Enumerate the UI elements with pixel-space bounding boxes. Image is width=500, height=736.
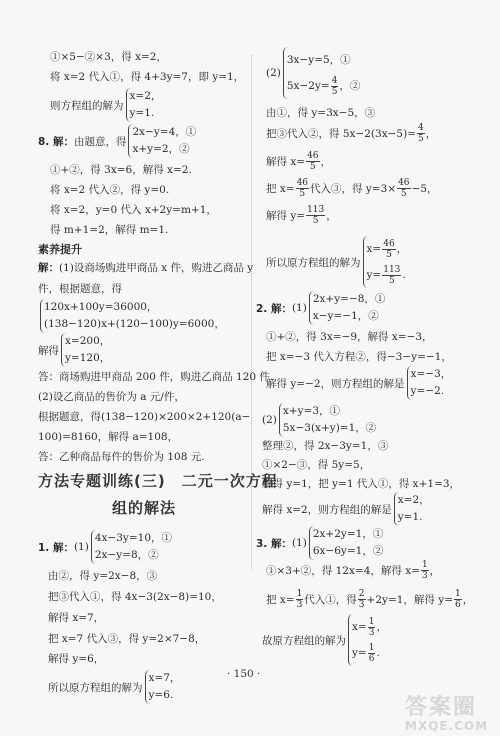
equation: x=465， <box>367 236 408 262</box>
brace: 3x−y=5，① 5x−2y=45，② <box>283 47 361 99</box>
numerator: 113 <box>306 205 325 216</box>
text: 所以原方程组的解为 <box>266 255 361 270</box>
equation: x−y=−1，② <box>313 308 386 325</box>
solution-system: 则方程组的解为 x=2， y=1. <box>50 88 161 122</box>
text-line: ①×2−③，得 5y=5， <box>262 459 370 472</box>
question-1: 1. 解： (1) 4x−3y=10，① 2x−y=8，② <box>38 530 172 564</box>
fraction: 465 <box>306 151 319 172</box>
fraction: 465 <box>397 178 410 199</box>
answer-label: 解： <box>38 262 59 274</box>
text-line: 由②，得 y=2x−8，③ <box>48 570 157 583</box>
watermark-text: 答案圈 <box>405 690 488 721</box>
brace: x=2， y=1. <box>394 492 430 526</box>
text: 代入③，得 y=3× <box>310 181 396 196</box>
text-line: ①+②，得 3x=6，解得 x=2. <box>50 164 192 177</box>
text-line: 将 x=2 代入②，得 y=0. <box>50 184 169 197</box>
text-line: 解：(1)设商场购进甲商品 x 件，购进乙商品 y <box>38 262 253 275</box>
text: ， <box>326 208 337 223</box>
fraction: 13 <box>296 589 304 610</box>
equation: 5x−2y=45，② <box>287 73 361 99</box>
text-line: 把 x=7 代入③，得 y=2×7−8， <box>48 633 205 646</box>
watermark-logo: 答案圈 MXQE.COM <box>405 690 488 733</box>
brace: 4x−3y=10，① 2x−y=8，② <box>91 530 172 564</box>
denominator: 3 <box>359 600 365 610</box>
denominator: 6 <box>455 600 461 610</box>
equation: 2x+y=−8，① <box>313 291 386 308</box>
text-line: 整理②，得 2x−3y=1，③ <box>262 440 388 453</box>
text: 解得 x=2，则方程组的解是 <box>262 502 392 517</box>
numerator: 46 <box>397 178 410 189</box>
text-line: 把 x=465代入③，得 y=3×465−5， <box>266 178 438 199</box>
fraction: 465 <box>296 178 309 199</box>
fraction: 465 <box>382 239 395 260</box>
text: 把 x= <box>266 181 295 196</box>
text: 解得 <box>38 343 59 358</box>
equation-system: 120x+100y=36000， (138−120)x+(120−100)y=6… <box>38 299 225 333</box>
denominator: 5 <box>386 250 392 260</box>
denominator: 5 <box>299 189 305 199</box>
question-label: 8. 解： <box>38 134 74 149</box>
text: 把 x= <box>266 592 295 607</box>
text: ， <box>397 243 408 255</box>
text: x= <box>367 243 382 255</box>
denominator: 3 <box>369 628 375 638</box>
page-number: · 150 · <box>227 668 260 680</box>
question-label: 1. 解： <box>38 540 74 555</box>
fraction: 1135 <box>382 265 401 286</box>
question-3: 3. 解： (1) 2x+2y=1，① 6x−6y=1，② <box>256 526 383 560</box>
brace: x=13， y=16. <box>348 614 387 666</box>
equation: y=−2. <box>411 383 452 400</box>
numerator: 1 <box>421 560 429 571</box>
question-8: 8. 解： 由题意，得 2x−y=4，① x+y=2，② <box>38 124 196 158</box>
brace: 2x+y=−8，① x−y=−1，② <box>309 291 386 325</box>
subsection-heading: 素养提升 <box>38 243 82 256</box>
equation: y=6. <box>149 687 181 704</box>
text: ， <box>463 592 474 607</box>
watermark-url: MXQE.COM <box>405 719 488 733</box>
solution-system: 所以原方程组的解为 x=7， y=6. <box>48 670 180 704</box>
text: ①×3+②，得 12x=4，解得 x= <box>266 563 420 578</box>
equation: x=−3， <box>411 366 452 383</box>
numerator: 2 <box>358 589 366 600</box>
brace: x+y=3，① 5x−3(x+y)=1，② <box>279 403 376 437</box>
numerator: 1 <box>296 589 304 600</box>
fraction: 45 <box>417 123 425 144</box>
denominator: 6 <box>369 654 375 664</box>
equation: 2x−y=4，① <box>132 124 196 141</box>
equation: x+y=2，② <box>132 141 196 158</box>
question-2: 2. 解： (1) 2x+y=−8，① x−y=−1，② <box>256 291 385 325</box>
text-line: 解得 y=1135， <box>266 205 337 226</box>
equation: y=1. <box>130 105 162 122</box>
text: ， <box>321 154 332 169</box>
equation: (138−120)x+(120−100)y=6000， <box>44 316 225 333</box>
text: ， <box>430 563 441 578</box>
denominator: 5 <box>310 162 316 172</box>
text-line: ①×5−②×3，得 x=2， <box>50 51 167 64</box>
equation: x=7， <box>149 670 181 687</box>
fraction: 16 <box>454 589 462 610</box>
text-line: 答：乙种商品每件的售价为 108 元. <box>38 451 205 464</box>
fraction: 45 <box>331 76 339 97</box>
equation: y=16. <box>352 640 387 666</box>
text: −5， <box>412 181 438 196</box>
brace: 2x−y=4，① x+y=2，② <box>128 124 196 158</box>
part-label: (2) <box>262 414 277 426</box>
solution-system: 所以原方程组的解为 x=465， y=1135. <box>266 236 407 288</box>
text-line: 将 x=2，y=0 代入 x+2y=m+1， <box>50 204 217 217</box>
part-2-system: (2) 3x−y=5，① 5x−2y=45，② <box>266 47 360 99</box>
text: . <box>402 269 405 281</box>
denominator: 3 <box>297 600 303 610</box>
text: 故原方程组的解为 <box>262 633 346 648</box>
equation: 2x+2y=1，① <box>313 526 384 543</box>
column-divider <box>251 55 252 570</box>
equation: x=2， <box>398 492 430 509</box>
numerator: 46 <box>382 239 395 250</box>
brace: x=2， y=1. <box>126 88 162 122</box>
denominator: 3 <box>422 571 428 581</box>
part-label: (1) <box>292 537 307 549</box>
denominator: 5 <box>418 134 424 144</box>
text-line: 100)=8160，解得 a=108， <box>38 431 178 444</box>
text-line: ①+②，得 3x=−9，解得 x=−3， <box>266 331 433 344</box>
numerator: 1 <box>454 589 462 600</box>
solution-system: 解得 y=−2，则方程组的解是 x=−3， y=−2. <box>266 366 451 400</box>
text-line: 根据题意，得(138−120)×200×2+120(a− <box>38 411 250 424</box>
text: y= <box>367 269 382 281</box>
section-title: 组的解法 <box>112 497 176 518</box>
numerator: 4 <box>417 123 425 134</box>
text-line: 解得 x=7， <box>48 612 104 625</box>
fraction: 1135 <box>306 205 325 226</box>
text: ，② <box>339 80 360 92</box>
text: 解得 y=−2，则方程组的解是 <box>266 376 405 391</box>
brace: x=−3， y=−2. <box>407 366 452 400</box>
fraction: 13 <box>421 560 429 581</box>
text: . <box>376 647 379 659</box>
equation: x=200， <box>65 333 110 350</box>
text: x= <box>352 621 367 633</box>
text-line: 解得 x=465， <box>266 151 331 172</box>
numerator: 1 <box>368 643 376 654</box>
question-label: 2. 解： <box>256 301 292 316</box>
fraction: 16 <box>368 643 376 664</box>
text-line: 件，根据题意，得 <box>38 283 122 296</box>
text-line: 把③代入①，得 4x−3(2x−8)=10， <box>48 591 222 604</box>
solution-system: 故原方程组的解为 x=13， y=16. <box>262 614 387 666</box>
equation: x+y=3，① <box>283 403 376 420</box>
numerator: 46 <box>296 178 309 189</box>
brace: 2x+2y=1，① 6x−6y=1，② <box>309 526 384 560</box>
text: 代入①，得 <box>304 592 357 607</box>
brace: x=200， y=120， <box>61 333 110 367</box>
denominator: 5 <box>401 189 407 199</box>
equation: 120x+100y=36000， <box>44 299 225 316</box>
text-line: 解得 y=1，把 y=1 代入①，得 x+1=3， <box>262 478 460 491</box>
fraction: 23 <box>358 589 366 610</box>
numerator: 1 <box>368 617 376 628</box>
numerator: 113 <box>382 265 401 276</box>
text: 则方程组的解为 <box>50 98 124 113</box>
part-label: (2) <box>266 67 281 79</box>
text: 解得 y= <box>266 208 305 223</box>
equation: x=2， <box>130 88 162 105</box>
text: 由题意，得 <box>74 134 127 149</box>
brace: x=7， y=6. <box>145 670 181 704</box>
text-line: 得 m+1=2，解得 m=1. <box>50 224 168 237</box>
text-line: (2)设乙商品的售价为 a 元/件， <box>38 391 185 404</box>
equation: y=120， <box>65 350 110 367</box>
equation: 3x−y=5，① <box>287 47 361 73</box>
text: 解得 x= <box>266 154 305 169</box>
text: 5x−2y= <box>287 80 330 92</box>
text-line: 由①，得 y=3x−5，③ <box>266 107 375 120</box>
equation: 6x−6y=1，② <box>313 543 384 560</box>
part-label: (1) <box>74 541 89 553</box>
solution-system: 解得 x=200， y=120， <box>38 333 110 367</box>
equation: 4x−3y=10，① <box>95 530 172 547</box>
equation: y=1. <box>398 509 430 526</box>
equation: 2x−y=8，② <box>95 547 172 564</box>
text: ， <box>426 126 437 141</box>
text: 把③代入②，得 5x−2(3x−5)= <box>266 126 416 141</box>
text-line: 将 x=2 代入①，得 4+3y=7，即 y=1， <box>50 71 244 84</box>
brace: 120x+100y=36000， (138−120)x+(120−100)y=6… <box>40 299 225 333</box>
equation: x=13， <box>352 614 387 640</box>
text-line: 答：商场购进甲商品 200 件，购进乙商品 120 件. <box>38 371 273 384</box>
text: +2y=1，解得 y= <box>367 592 453 607</box>
text: y= <box>352 647 367 659</box>
section-title: 方法专题训练(三) 二元一次方程 <box>38 470 278 491</box>
question-label: 3. 解： <box>256 536 292 551</box>
equation: y=1135. <box>367 262 408 288</box>
text-line: 把 x=13代入①，得23+2y=1，解得 y=16， <box>266 589 473 610</box>
text: (1)设商场购进甲商品 x 件，购进乙商品 y <box>59 262 253 274</box>
text-line: ①×3+②，得 12x=4，解得 x=13， <box>266 560 440 581</box>
denominator: 5 <box>389 276 395 286</box>
part-2b-system: (2) x+y=3，① 5x−3(x+y)=1，② <box>262 403 376 437</box>
equation: 5x−3(x+y)=1，② <box>283 420 376 437</box>
text-line: 解得 y=6， <box>48 653 104 666</box>
part-label: (1) <box>292 302 307 314</box>
numerator: 46 <box>306 151 319 162</box>
brace: x=465， y=1135. <box>363 236 408 288</box>
text: ， <box>376 621 387 633</box>
solution-system: 解得 x=2，则方程组的解是 x=2， y=1. <box>262 492 430 526</box>
denominator: 5 <box>332 87 338 97</box>
text-line: 把 x=−3 代入方程②，得−3−y=−1， <box>266 351 452 364</box>
numerator: 4 <box>331 76 339 87</box>
text: 所以原方程组的解为 <box>48 680 143 695</box>
denominator: 5 <box>313 216 319 226</box>
text-line: 把③代入②，得 5x−2(3x−5)=45， <box>266 123 436 144</box>
fraction: 13 <box>368 617 376 638</box>
